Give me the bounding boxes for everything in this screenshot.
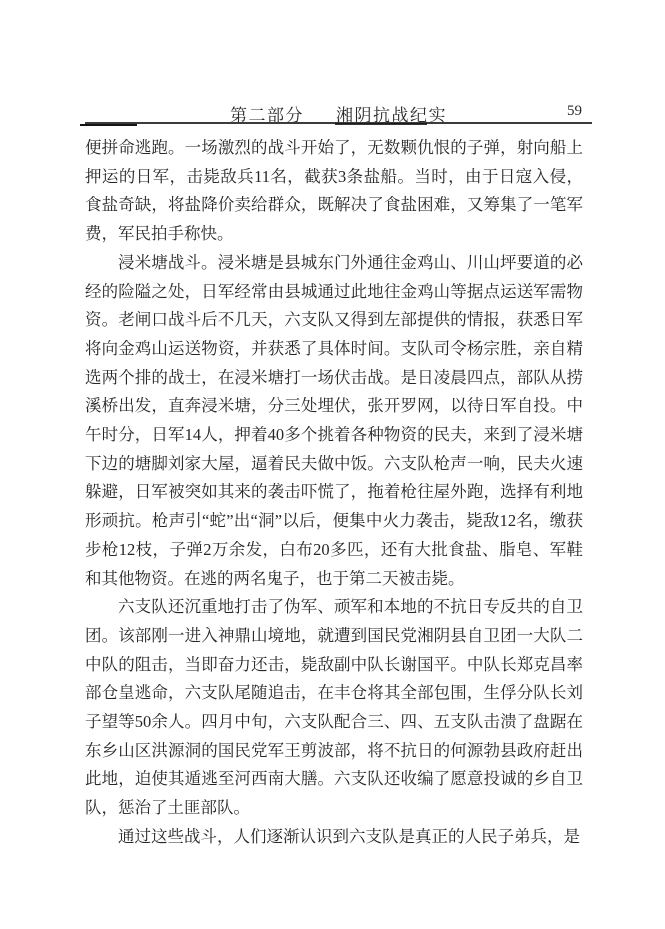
paragraph-continuation: 便拼命逃跑。一场激烈的战斗开始了，无数颗仇恨的子弹，射向船上押运的日军，击毙敌兵… [85,134,583,249]
book-page: 第二部分湘阴抗战纪实 59 便拼命逃跑。一场激烈的战斗开始了，无数颗仇恨的子弹，… [0,0,665,929]
rule-scan-artifact-mid [335,123,427,125]
body-text: 便拼命逃跑。一场激烈的战斗开始了，无数颗仇恨的子弹，射向船上押运的日军，击毙敌兵… [85,134,583,852]
paragraph-closing-partial: 通过这些战斗，人们逐渐认识到六支队是真正的人民子弟兵，是 [85,823,583,852]
paragraph-strikes-on-puppet-forces: 六支队还沉重地打击了伪军、顽军和本地的不抗日专反共的自卫团。该部刚一进入神鼎山境… [85,593,583,823]
page-header: 第二部分湘阴抗战纪实 59 [85,101,592,123]
paragraph-jinmitang-battle: 浸米塘战斗。浸米塘是县城东门外通往金鸡山、川山坪要道的必经的险隘之处，日军经常由… [85,249,583,593]
rule-scan-artifact-left [80,124,137,127]
page-number: 59 [567,103,582,120]
header-rule [85,122,592,124]
